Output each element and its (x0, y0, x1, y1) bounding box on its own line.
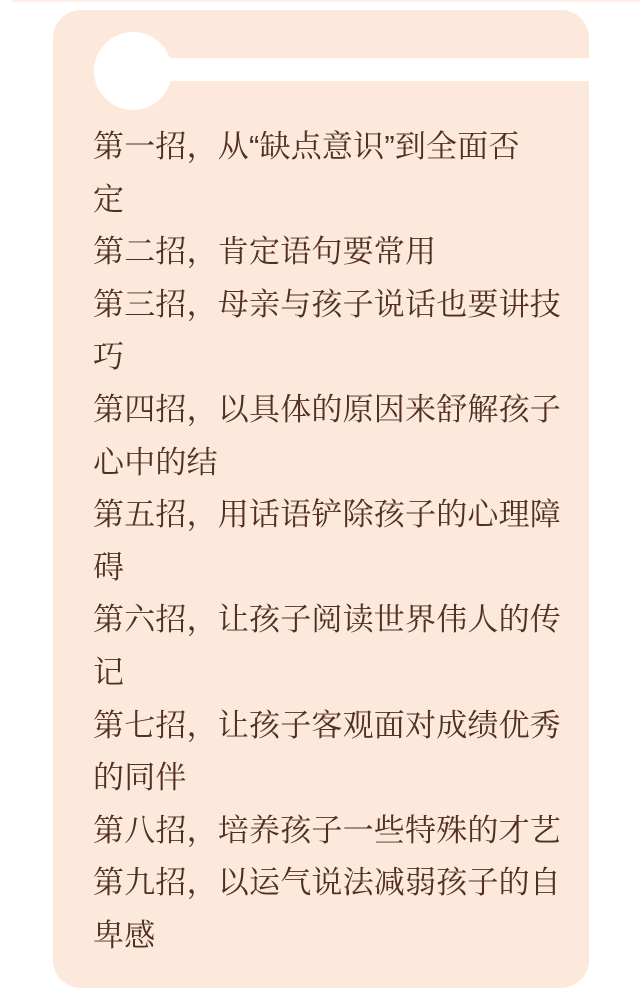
list-item: 第六招，让孩子阅读世界伟人的传记 (93, 594, 571, 699)
list-item-line: 第六招，让孩子阅读世界伟人的传 (93, 594, 571, 647)
list-item-line: 第七招，让孩子客观面对成绩优秀 (93, 700, 571, 753)
list-item-line: 第五招，用话语铲除孩子的心理障 (93, 489, 571, 542)
list-item-line: 第一招，从“缺点意识”到全面否 (93, 121, 571, 174)
tips-list: 第一招，从“缺点意识”到全面否定第二招，肯定语句要常用第三招，母亲与孩子说话也要… (93, 121, 571, 963)
list-item: 第九招，以运气说法减弱孩子的自卑感 (93, 857, 571, 962)
article-page: 第一招，从“缺点意识”到全面否定第二招，肯定语句要常用第三招，母亲与孩子说话也要… (0, 0, 640, 1004)
list-item-line: 第九招，以运气说法减弱孩子的自 (93, 857, 571, 910)
list-item-line: 第三招，母亲与孩子说话也要讲技 (93, 279, 571, 332)
list-item: 第三招，母亲与孩子说话也要讲技巧 (93, 279, 571, 384)
list-item-line: 卑感 (93, 910, 571, 963)
list-item-line: 碍 (93, 542, 571, 595)
list-item: 第二招，肯定语句要常用 (93, 226, 571, 279)
list-item-line: 巧 (93, 331, 571, 384)
previous-card-edge (12, 0, 640, 2)
list-item-line: 心中的结 (93, 437, 571, 490)
list-item: 第四招，以具体的原因来舒解孩子心中的结 (93, 384, 571, 489)
list-item-line: 第四招，以具体的原因来舒解孩子 (93, 384, 571, 437)
list-item-line: 记 (93, 647, 571, 700)
list-item-line: 第二招，肯定语句要常用 (93, 226, 571, 279)
list-item: 第八招，培养孩子一些特殊的才艺 (93, 805, 571, 858)
list-item: 第一招，从“缺点意识”到全面否定 (93, 121, 571, 226)
list-item-line: 的同伴 (93, 752, 571, 805)
list-item: 第五招，用话语铲除孩子的心理障碍 (93, 489, 571, 594)
content-card: 第一招，从“缺点意识”到全面否定第二招，肯定语句要常用第三招，母亲与孩子说话也要… (53, 10, 589, 988)
list-item: 第七招，让孩子客观面对成绩优秀的同伴 (93, 700, 571, 805)
list-item-line: 第八招，培养孩子一些特殊的才艺 (93, 805, 571, 858)
banner-line-decoration (150, 58, 589, 81)
banner-circle-decoration (94, 32, 172, 110)
list-item-line: 定 (93, 174, 571, 227)
